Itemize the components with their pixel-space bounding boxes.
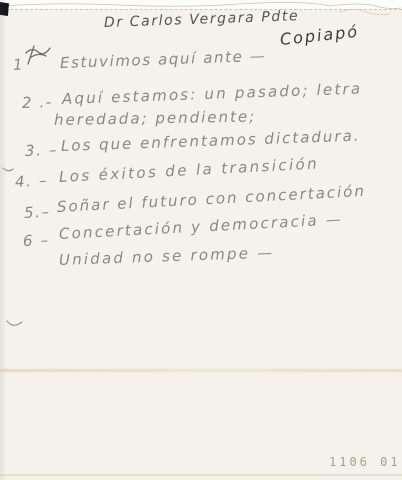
item-2-text-line-2: heredada; pendiente; <box>54 107 257 129</box>
item-6-text-line-1: Concertación y democracia — <box>59 210 344 243</box>
paper-fold-line <box>0 369 402 372</box>
item-4-number: 4. – <box>15 171 49 191</box>
item-1-number: 1 <box>13 55 25 74</box>
item-2-number: 2 .- <box>22 93 54 112</box>
header-place-annotation: Copiapó <box>279 22 360 49</box>
item-5-number: 5.– <box>24 203 52 222</box>
item-3-text: Los que enfrentamos dictadura. <box>61 127 361 155</box>
archive-number-stamp: 1106 01 <box>329 455 401 469</box>
tick-mark-icon <box>2 166 14 174</box>
item-3-number: 3. – <box>25 141 59 160</box>
item-1-text: Estuvimos aquí ante — <box>60 47 267 72</box>
scanned-note-page: Dr Carlos Vergara Pdte Copiapó 1 Estuvim… <box>0 0 402 480</box>
item-6-text-line-2: Unidad no se rompe — <box>59 243 275 269</box>
left-edge-shadow <box>0 0 7 480</box>
bottom-edge-line <box>0 474 402 476</box>
item-2-text-line-1: Aquí estamos: un pasado; letra <box>62 80 363 108</box>
pencil-check-icon <box>6 318 24 330</box>
pen-scribble-icon <box>24 44 52 66</box>
item-4-text: Los éxitos de la transición <box>59 154 320 186</box>
item-6-number: 6 – <box>23 231 50 250</box>
